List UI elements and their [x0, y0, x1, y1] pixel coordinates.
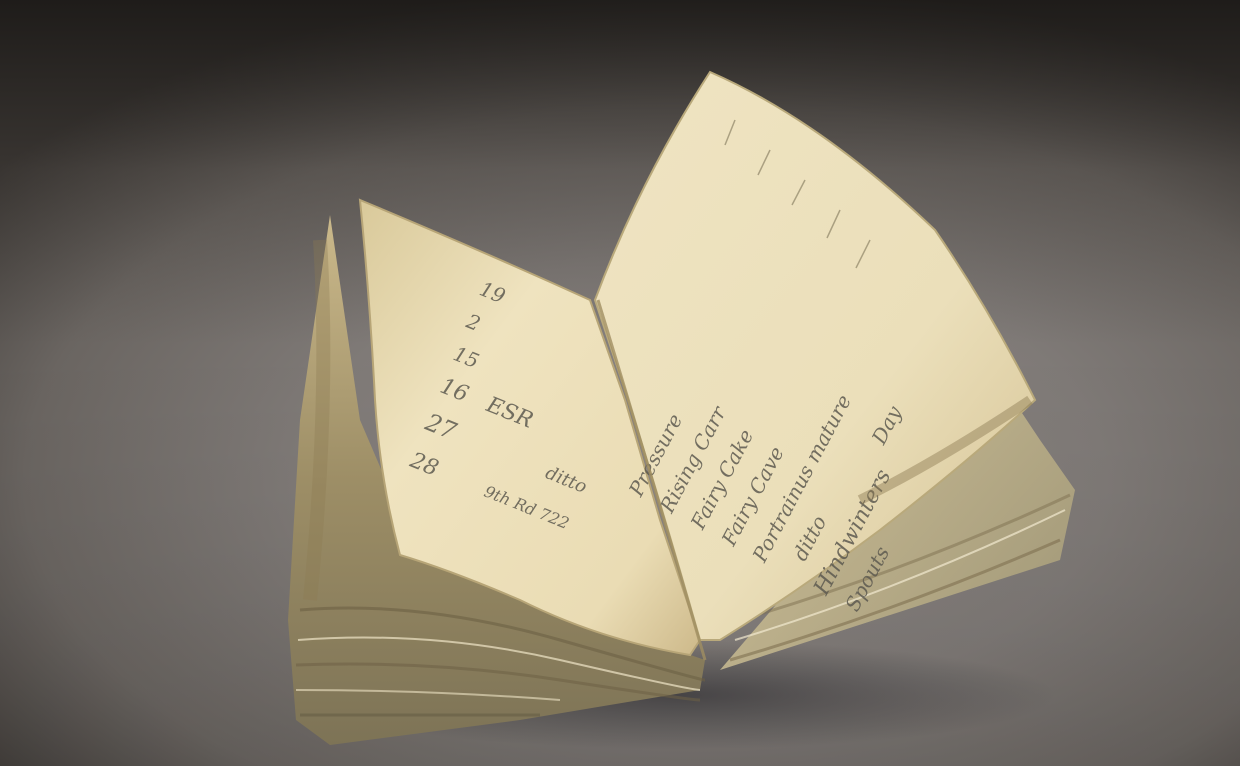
notebook: 19 2 15 16 ESR 27 ditto 28 9th Rd 722 Pr… — [0, 0, 1240, 766]
photo-scene: 19 2 15 16 ESR 27 ditto 28 9th Rd 722 Pr… — [0, 0, 1240, 766]
